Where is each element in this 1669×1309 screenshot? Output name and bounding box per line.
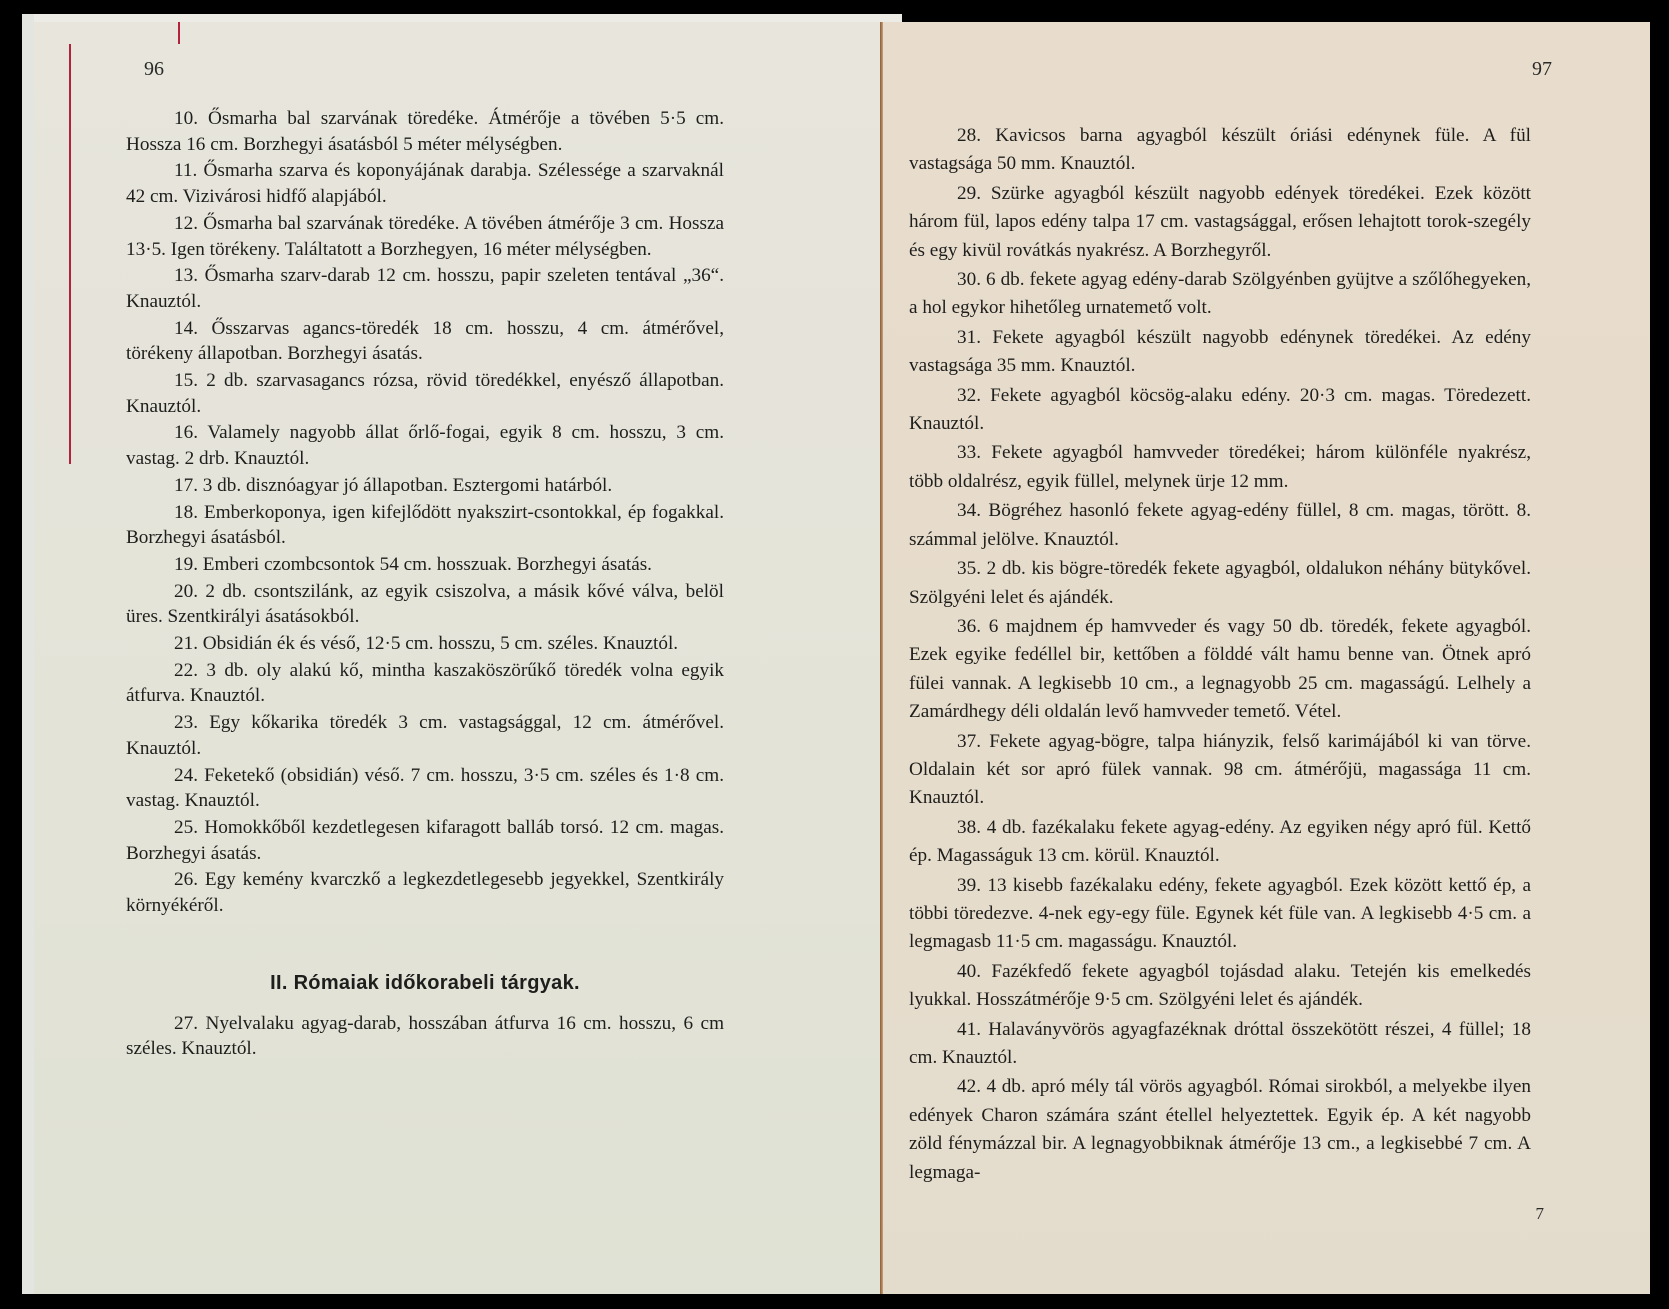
catalog-entry: 33. Fekete agyagból hamvveder töredékei;…	[909, 439, 1531, 496]
catalog-entry: 14. Ősszarvas agancs-töredék 18 cm. hoss…	[126, 316, 724, 367]
catalog-entry: 27. Nyelvalaku agyag-darab, hosszában át…	[126, 1011, 724, 1062]
catalog-entry: 25. Homokkőből kezdetlegesen kifaragott …	[126, 815, 724, 866]
red-margin-line	[69, 44, 71, 464]
left-text-column: 10. Ősmarha bal szarvának töredéke. Átmé…	[126, 106, 724, 1062]
catalog-entry: 28. Kavicsos barna agyagból készült óriá…	[909, 122, 1531, 179]
red-margin-mark	[178, 22, 180, 44]
catalog-entry: 11. Ősmarha szarva és koponyájának darab…	[126, 158, 724, 209]
catalog-entry: 23. Egy kőkarika töredék 3 cm. vastagság…	[126, 710, 724, 761]
right-page: 97 28. Kavicsos barna agyagból készült ó…	[883, 22, 1650, 1294]
catalog-entry: 34. Bögréhez hasonló fekete agyag-edény …	[909, 497, 1531, 554]
catalog-entry: 26. Egy kemény kvarczkő a legkezdetleges…	[126, 867, 724, 918]
catalog-entry: 39. 13 kisebb fazékalaku edény, fekete a…	[909, 872, 1531, 957]
section-heading: II. Rómaiak időkorabeli tárgyak.	[126, 971, 724, 997]
catalog-entry: 10. Ősmarha bal szarvának töredéke. Átmé…	[126, 106, 724, 157]
catalog-entry: 40. Fazékfedő fekete agyagból tojásdad a…	[909, 958, 1531, 1015]
catalog-entry: 41. Halaványvörös agyagfazéknak dróttal …	[909, 1016, 1531, 1073]
catalog-entry: 22. 3 db. oly alakú kő, mintha kaszakösz…	[126, 658, 724, 709]
catalog-entry: 31. Fekete agyagból készült nagyobb edén…	[909, 324, 1531, 381]
catalog-entry: 29. Szürke agyagból készült nagyobb edén…	[909, 180, 1531, 265]
paper-edge-top	[22, 14, 902, 22]
catalog-entry: 13. Ősmarha szarv-darab 12 cm. hosszu, p…	[126, 263, 724, 314]
left-page: 96 10. Ősmarha bal szarvának töredéke. Á…	[34, 22, 880, 1294]
catalog-entry: 17. 3 db. disznóagyar jó állapotban. Esz…	[126, 473, 724, 499]
catalog-entry: 20. 2 db. csontszilánk, az egyik csiszol…	[126, 579, 724, 630]
catalog-entry: 19. Emberi czombcsontok 54 cm. hosszuak.…	[126, 552, 724, 578]
book-spread: 96 10. Ősmarha bal szarvának töredéke. Á…	[22, 14, 1650, 1294]
signature-mark: 7	[1536, 1204, 1545, 1224]
catalog-entry: 18. Emberkoponya, igen kifejlődött nyaks…	[126, 500, 724, 551]
catalog-entry: 12. Ősmarha bal szarvának töredéke. A tö…	[126, 211, 724, 262]
catalog-entry: 38. 4 db. fazékalaku fekete agyag-edény.…	[909, 814, 1531, 871]
catalog-entry: 16. Valamely nagyobb állat őrlő-fogai, e…	[126, 420, 724, 471]
catalog-entry: 32. Fekete agyagból köcsög-alaku edény. …	[909, 382, 1531, 439]
catalog-entry: 30. 6 db. fekete agyag edény-darab Szölg…	[909, 266, 1531, 323]
catalog-entry: 37. Fekete agyag-bögre, talpa hiányzik, …	[909, 728, 1531, 813]
page-number: 97	[1532, 58, 1552, 81]
paper-edge-left	[22, 14, 34, 1294]
page-number: 96	[144, 58, 164, 81]
catalog-entry: 36. 6 majdnem ép hamvveder és vagy 50 db…	[909, 613, 1531, 727]
catalog-entry: 24. Feketekő (obsidián) véső. 7 cm. hoss…	[126, 763, 724, 814]
catalog-entry: 15. 2 db. szarvasagancs rózsa, rövid tör…	[126, 368, 724, 419]
catalog-entry: 42. 4 db. apró mély tál vörös agyagból. …	[909, 1073, 1531, 1187]
catalog-entry: 35. 2 db. kis bögre-töredék fekete agyag…	[909, 555, 1531, 612]
catalog-entry: 21. Obsidián ék és véső, 12·5 cm. hosszu…	[126, 631, 724, 657]
right-text-column: 28. Kavicsos barna agyagból készült óriá…	[909, 122, 1531, 1187]
